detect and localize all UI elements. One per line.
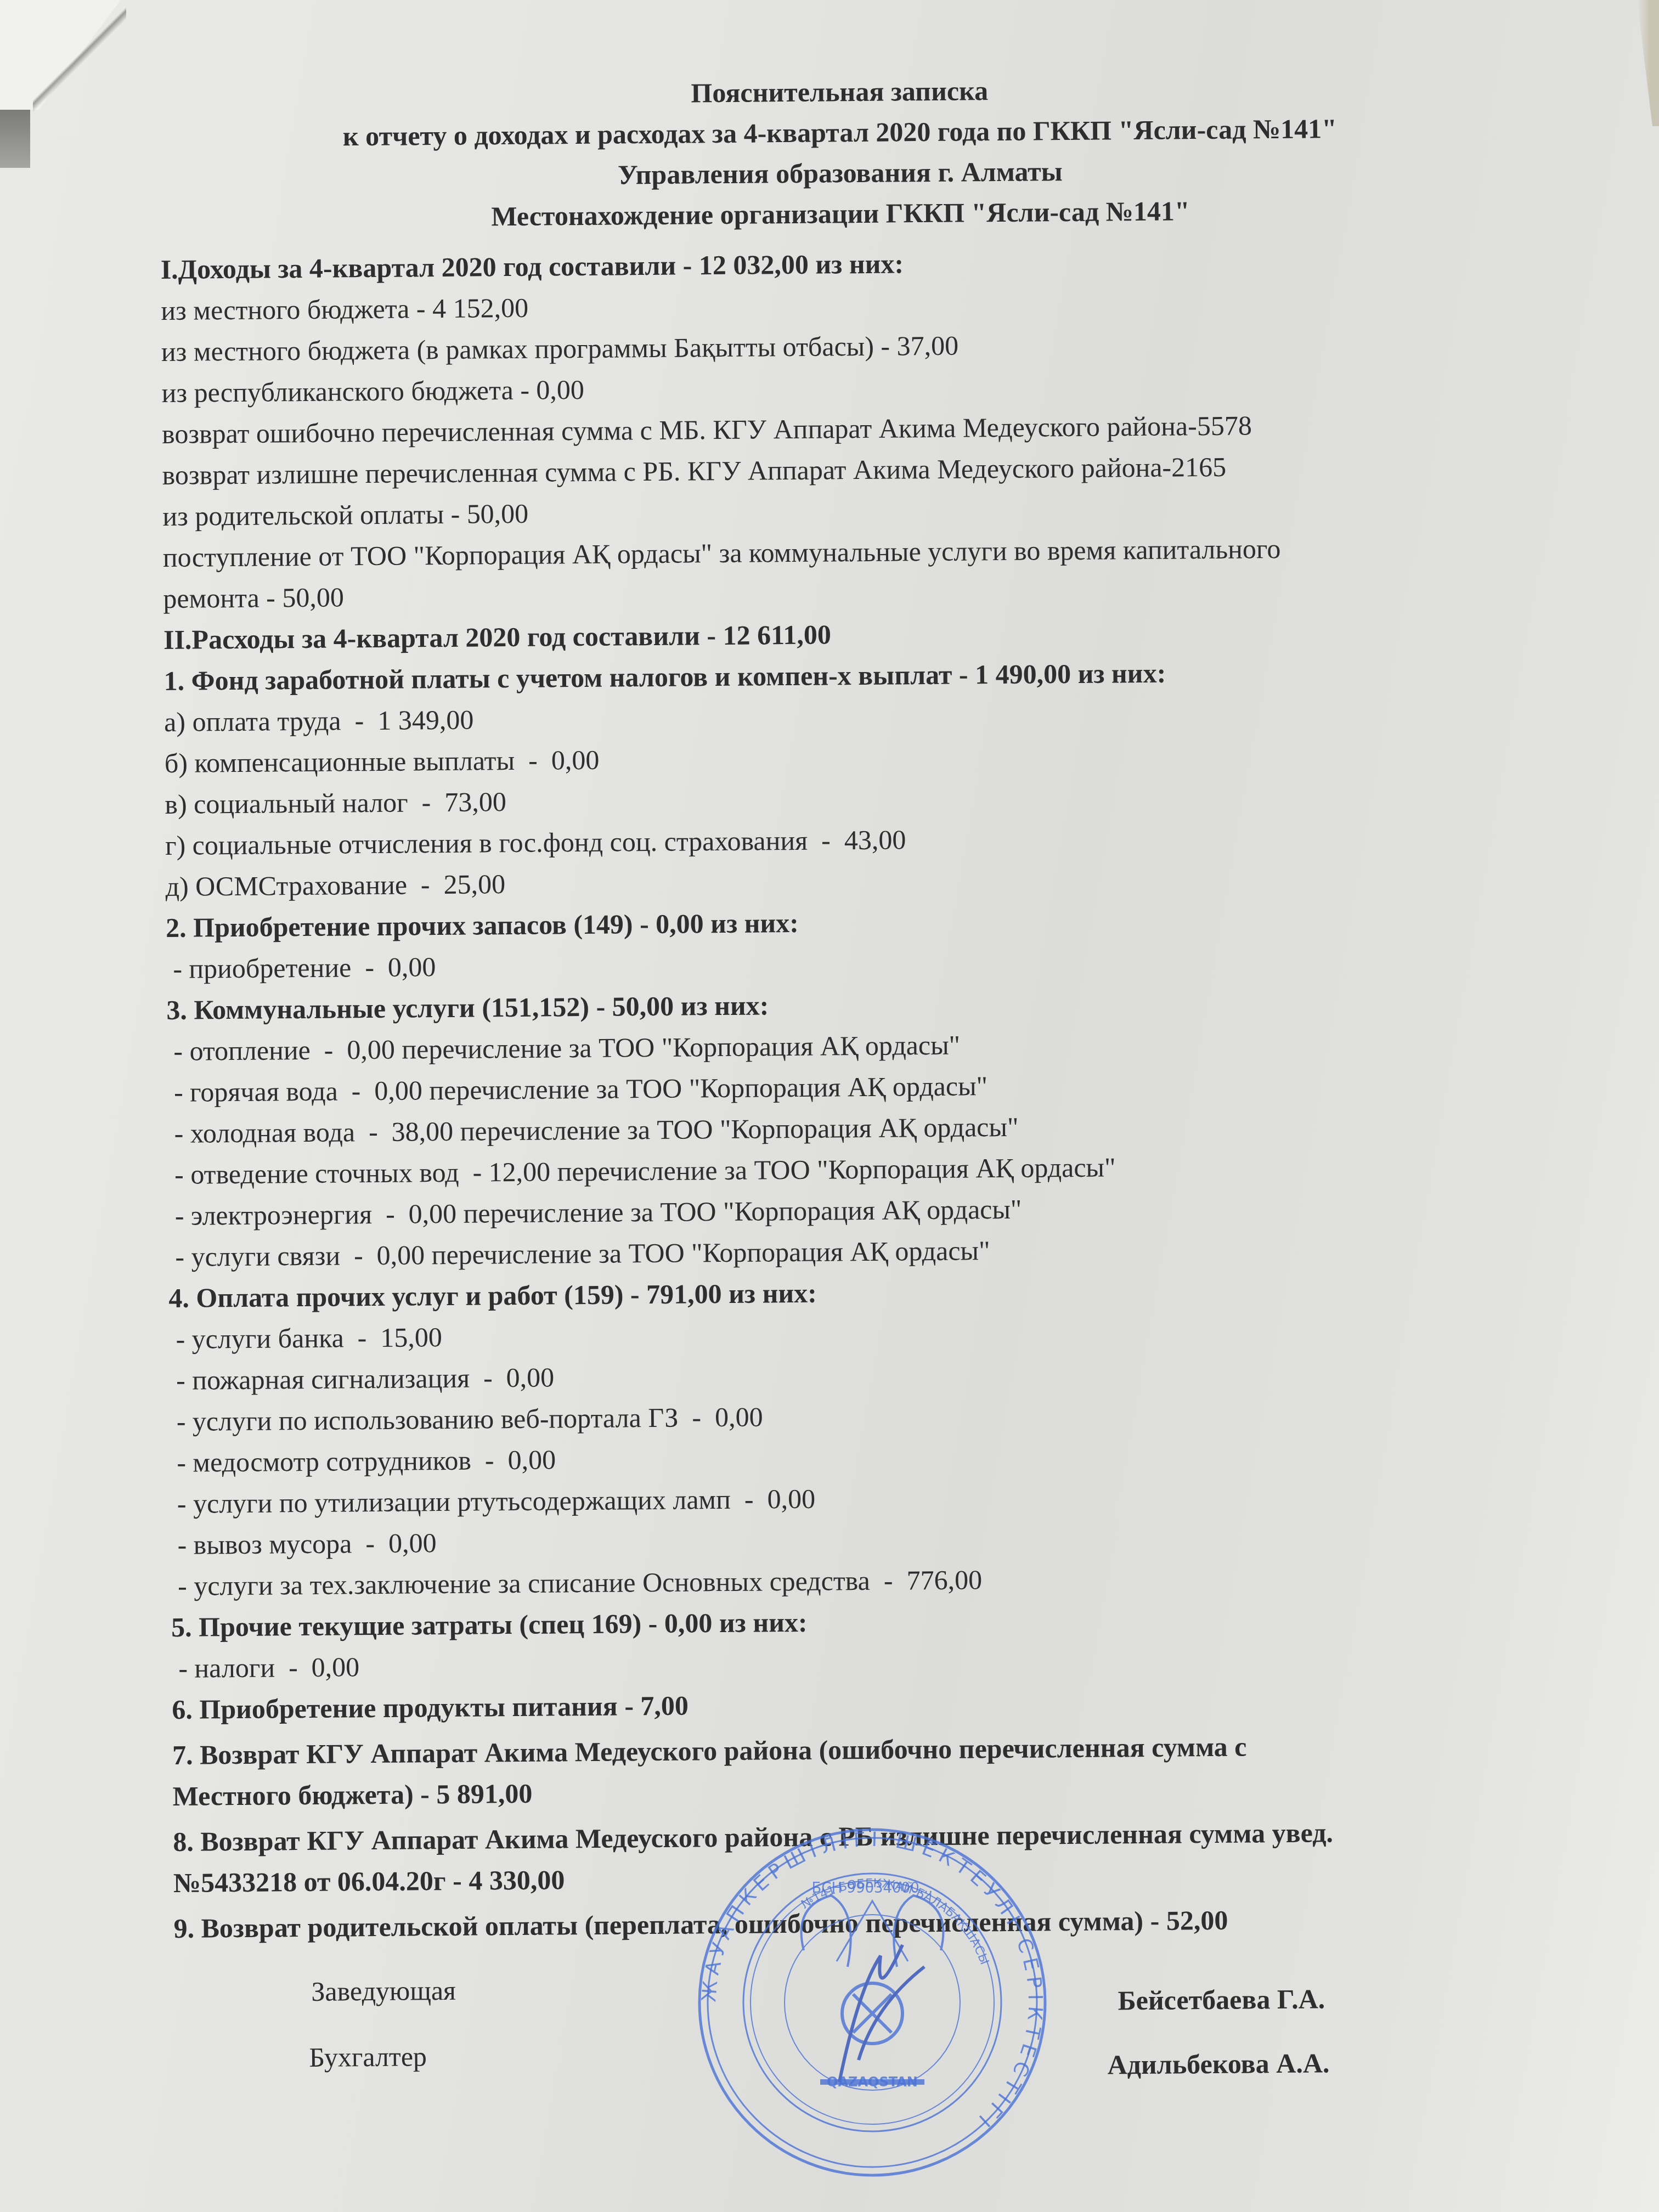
stamp-bin-text: БСН 99034000...: [812, 1880, 933, 1897]
expense-sections: 1. Фонд заработной платы с учетом налого…: [163, 650, 1556, 1949]
expense-section: 1. Фонд заработной платы с учетом налого…: [163, 650, 1548, 907]
official-stamp: ЖАУАПКЕРШІЛІГІ ШЕКТЕУЛІ СЕРІКТЕСТІГІ №14…: [694, 1824, 1051, 2181]
expense-section: 2. Приобретение прочих запасов (149) - 0…: [166, 896, 1549, 990]
document-body: Пояснительная записка к отчету о доходах…: [159, 66, 1558, 2086]
expense-section: 4. Оплата прочих услуг и работ (159) - 7…: [168, 1267, 1554, 1607]
accountant-role: Бухгалтер: [309, 2040, 427, 2073]
fold-crease: [33, 0, 126, 115]
expense-section: 3. Коммунальные услуги (151,152) - 50,00…: [166, 979, 1551, 1278]
accountant-name: Адильбекова А.А.: [1107, 2047, 1329, 2080]
director-role: Заведующая: [311, 1974, 456, 2007]
income-section: I.Доходы за 4-квартал 2020 год составили…: [160, 238, 1545, 619]
expense-section: 5. Прочие текущие затраты (спец 169) - 0…: [171, 1596, 1554, 1689]
income-list: из местного бюджета - 4 152,00из местног…: [161, 279, 1546, 619]
stamp-emblem-text: QAZAQSTAN: [827, 2074, 918, 2090]
expenses-section: II.Расходы за 4-квартал 2020 год состави…: [163, 608, 1556, 1949]
expense-section: 7. Возврат КГУ Аппарат Акима Медеуского …: [172, 1724, 1555, 1817]
director-name: Бейсетбаева Г.А.: [1118, 1983, 1325, 2016]
fold-shadow: [0, 108, 30, 168]
